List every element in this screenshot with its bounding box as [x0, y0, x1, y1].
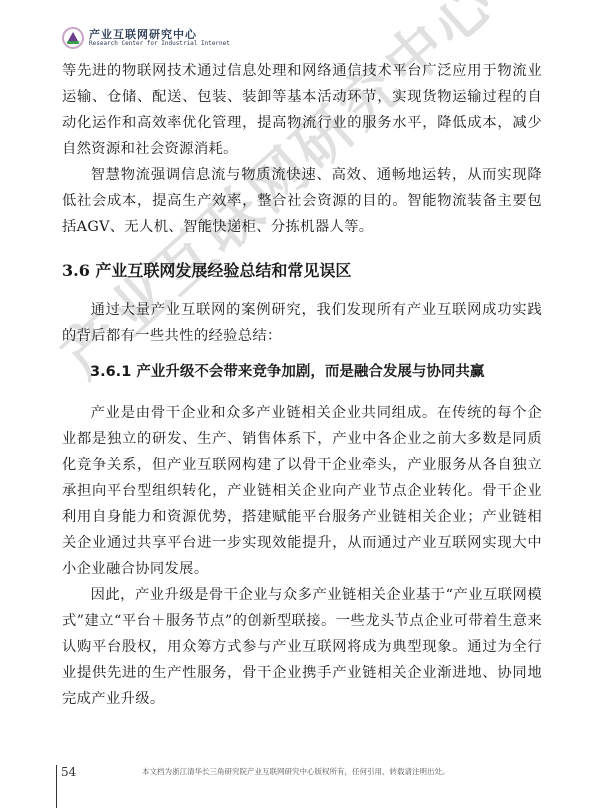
paragraph: 因此，产业升级是骨干企业与众多产业链相关企业基于“产业互联网模式”建立“平台＋服… [62, 582, 542, 712]
section-intro: 通过大量产业互联网的案例研究，我们发现所有产业互联网成功实践的背后都有一些共性的… [62, 297, 542, 349]
top-paragraphs: 等先进的物联网技术通过信息处理和网络通信技术平台广泛应用于物流业运输、仓储、配送… [62, 58, 542, 240]
header-title-cn: 产业互联网研究中心 [89, 29, 230, 40]
paragraph: 智慧物流强调信息流与物质流快速、高效、通畅地运转，从而实现降低社会成本，提高生产… [62, 162, 542, 240]
research-center-logo-icon [62, 27, 84, 49]
paragraph: 等先进的物联网技术通过信息处理和网络通信技术平台广泛应用于物流业运输、仓储、配送… [62, 58, 542, 162]
section-heading: 3.6 产业互联网发展经验总结和常见误区 [62, 258, 351, 281]
subsection-body: 产业是由骨干企业和众多产业链相关企业共同组成。在传统的每个企业都是独立的研发、生… [62, 400, 542, 712]
header-title-en: Research Center for Industrial Internet [89, 41, 230, 47]
copyright-note: 本文档为浙江清华长三角研究院产业互联网研究中心版权所有，任何引用、转载请注明出处… [142, 766, 450, 777]
subsection-heading: 3.6.1 产业升级不会带来竞争加剧，而是融合发展与协同共赢 [90, 360, 484, 381]
page-header: 产业互联网研究中心 Research Center for Industrial… [62, 26, 230, 50]
paragraph: 产业是由骨干企业和众多产业链相关企业共同组成。在传统的每个企业都是独立的研发、生… [62, 400, 542, 582]
page-number: 54 [61, 765, 76, 779]
footer-divider [56, 765, 57, 808]
